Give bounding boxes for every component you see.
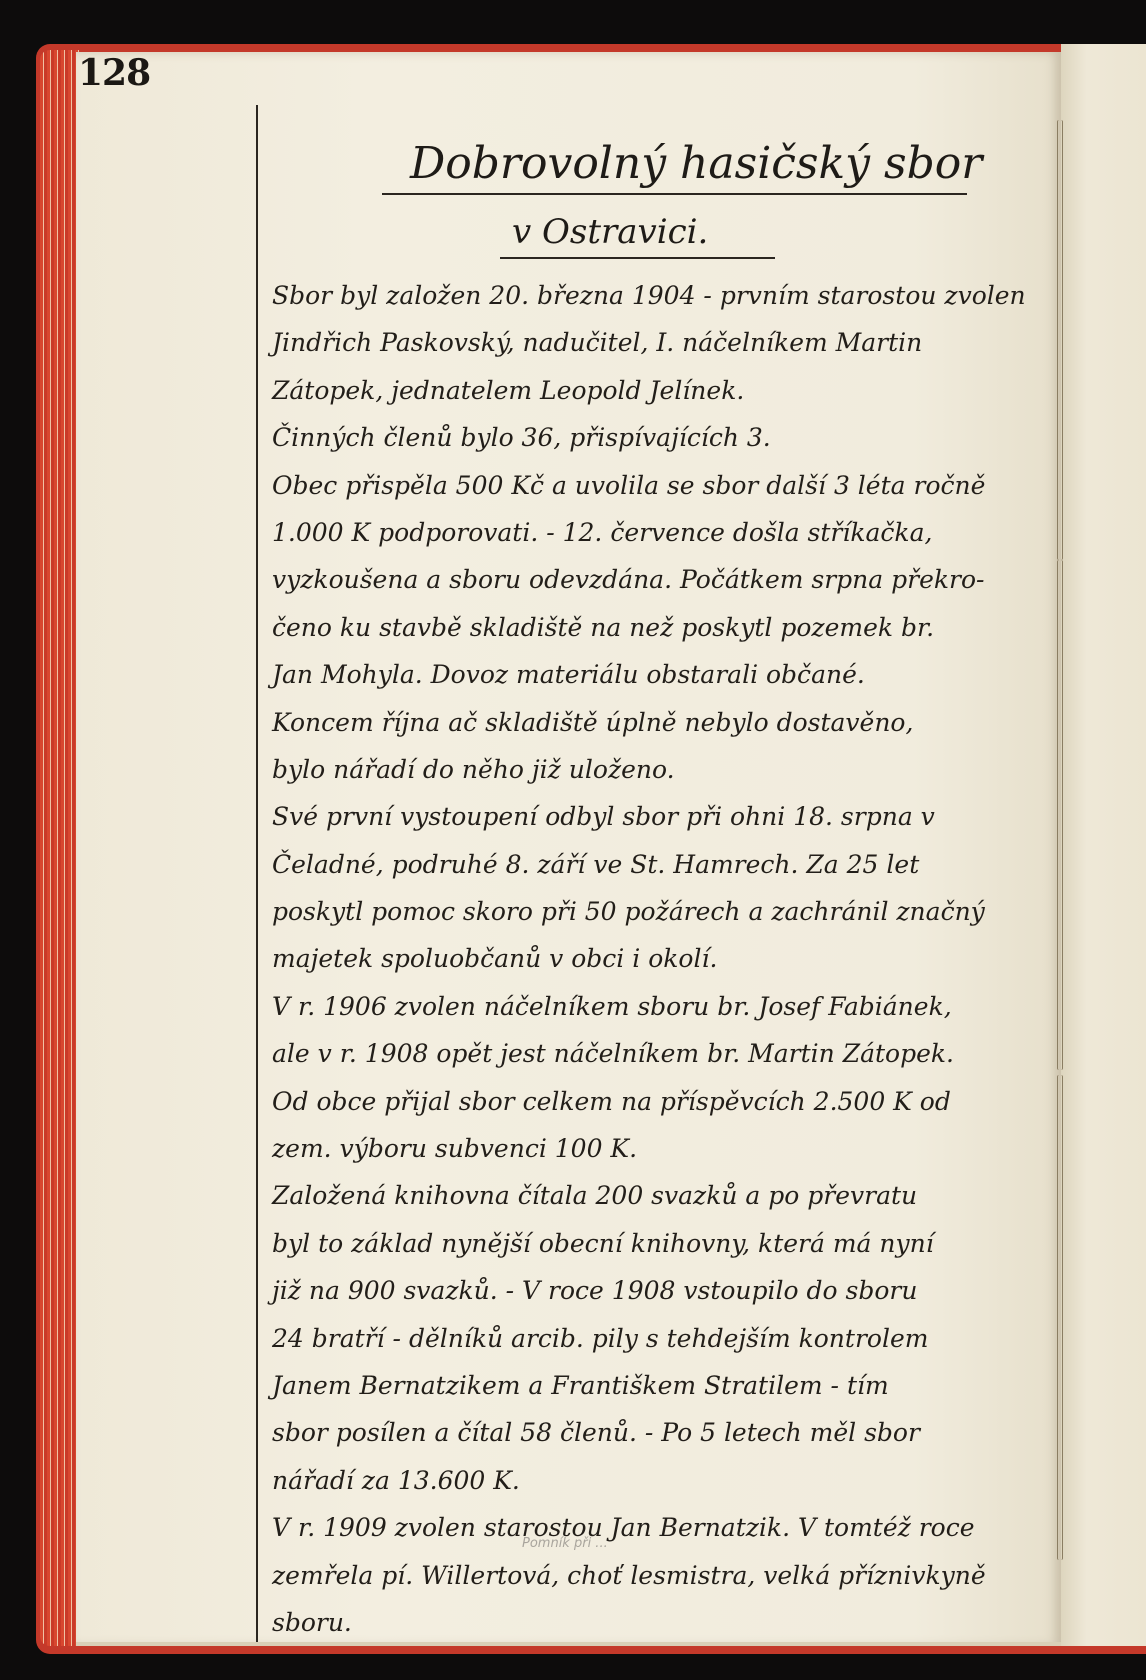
text-line: Založená knihovna čítala 200 svazků a po… [272,1176,1062,1223]
subtitle-underline [500,257,775,259]
handwritten-body: Sbor byl založen 20. března 1904 - první… [272,276,1062,1650]
text-line: již na 900 svazků. - V roce 1908 vstoupi… [272,1271,1062,1318]
text-line: zem. výboru subvenci 100 K. [272,1129,1062,1176]
text-line: 1.000 K podporovati. - 12. července došl… [272,513,1062,560]
text-line: Obec přispěla 500 Kč a uvolila se sbor d… [272,466,1062,513]
text-line: vyzkoušena a sboru odevzdána. Počátkem s… [272,560,1062,607]
page-bottom-edge [76,1642,1061,1646]
margin-rule [256,105,258,1645]
title-underline [382,193,967,195]
pencil-annotation: Pomník při ... [522,1536,608,1551]
text-line: Zátopek, jednatelem Leopold Jelínek. [272,371,1062,418]
text-line: ale v r. 1908 opět jest náčelníkem br. M… [272,1034,1062,1081]
text-line: 24 bratří - dělníků arcib. pily s tehdej… [272,1319,1062,1366]
page-title: Dobrovolný hasičský sbor [410,138,982,189]
text-line: V r. 1906 zvolen náčelníkem sboru br. Jo… [272,987,1062,1034]
text-line: Jindřich Paskovský, nadučitel, I. náčeln… [272,323,1062,370]
text-line: Jan Mohyla. Dovoz materiálu obstarali ob… [272,655,1062,702]
text-line: nářadí za 13.600 K. [272,1461,1062,1508]
text-line: Své první vystoupení odbyl sbor při ohni… [272,797,1062,844]
text-line: Koncem října ač skladiště úplně nebylo d… [272,703,1062,750]
text-line: poskytl pomoc skoro při 50 požárech a za… [272,892,1062,939]
text-line: bylo nářadí do něho již uloženo. [272,750,1062,797]
page-edges [40,50,80,1646]
text-line: Čeladné, podruhé 8. září ve St. Hamrech.… [272,845,1062,892]
text-line: Janem Bernatzikem a Františkem Stratilem… [272,1366,1062,1413]
page-subtitle: v Ostravici. [512,212,708,252]
page-number: 128 [78,52,150,94]
text-line: zemřela pí. Willertová, choť lesmistra, … [272,1556,1062,1603]
text-line: V r. 1909 zvolen starostou Jan Bernatzik… [272,1508,1062,1555]
text-line: majetek spoluobčanů v obci i okolí. [272,939,1062,986]
facing-page-edge [1061,44,1146,1646]
text-line: čeno ku stavbě skladiště na než poskytl … [272,608,1062,655]
text-line: sbor posílen a čítal 58 členů. - Po 5 le… [272,1413,1062,1460]
text-line: Od obce přijal sbor celkem na příspěvcíc… [272,1082,1062,1129]
text-line: Sbor byl založen 20. března 1904 - první… [272,276,1062,323]
text-line: Činných členů bylo 36, přispívajících 3. [272,418,1062,465]
text-line: byl to základ nynější obecní knihovny, k… [272,1224,1062,1271]
